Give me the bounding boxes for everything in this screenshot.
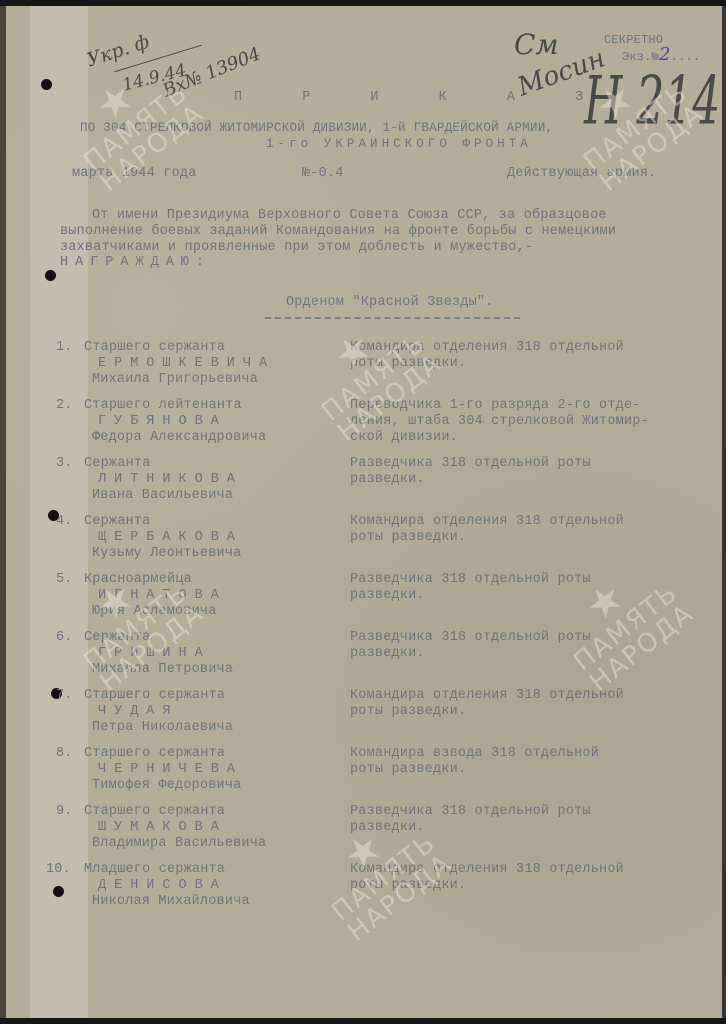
- watermark-line-1: ПАМЯТЬ: [568, 578, 684, 678]
- award-heading: Орденом "Красной Звезды".: [286, 295, 494, 311]
- preamble-line-1: От имени Президиума Верховного Совета Со…: [92, 208, 607, 224]
- awardee-given-name: Петра Николаевича: [92, 720, 233, 736]
- awardee-given-name: Кузьму Леонтьевича: [92, 546, 241, 562]
- awardee-rank: Старшего лейтенанта: [84, 398, 242, 414]
- awardee-number: 2.: [56, 398, 73, 414]
- awardee-position-line-2: разведки.: [350, 820, 425, 836]
- awardee-surname: ДЕНИСОВА: [98, 878, 227, 894]
- punch-hole: [41, 79, 52, 90]
- copy-dots: ....: [671, 50, 701, 64]
- punch-hole: [45, 270, 56, 281]
- awardee-position-line-2: роты разведки.: [350, 704, 466, 720]
- awardee-surname: ИГНАТОВА: [98, 588, 227, 604]
- awardee-position-line-1: Командира отделения 318 отдельной: [350, 340, 624, 356]
- awardee-position-line-2: ления, штаба 304 стрелковой Житомир-: [350, 414, 649, 430]
- awardee-number: 6.: [56, 630, 73, 646]
- order-date: марта 1944 года: [72, 166, 197, 182]
- awardee-rank: Красноармейца: [84, 572, 192, 588]
- awardee-number: 7.: [56, 688, 73, 704]
- awardee-rank: Старшего сержанта: [84, 804, 225, 820]
- classification-label: СЕКРЕТНО: [604, 32, 663, 48]
- awardee-position-line-1: Командира отделения 318 отдельной: [350, 514, 624, 530]
- awardee-rank: Младшего сержанта: [84, 862, 225, 878]
- awardee-position-line-1: Командира взвода 318 отдельной: [350, 746, 599, 762]
- document-page: СЕКРЕТНО Экз.№2.... Укр. ф 14.9.44 Вх№ 1…: [0, 6, 726, 1018]
- document-title: П Р И К А З: [234, 90, 609, 106]
- awardee-position-line-2: разведки.: [350, 646, 425, 662]
- awardee-position-line-2: роты разведки.: [350, 356, 466, 372]
- subtitle-line-2: 1-го УКРАИНСКОГО ФРОНТА: [266, 136, 532, 152]
- awardee-surname: ШУМАКОВА: [98, 820, 227, 836]
- award-word: НАГРАЖДАЮ:: [60, 255, 211, 271]
- punch-hole: [53, 886, 64, 897]
- awardee-position-line-2: разведки.: [350, 588, 425, 604]
- awardee-given-name: Тимофея Федоровича: [92, 778, 241, 794]
- preamble-line-3: захватчиками и проявленные при этом добл…: [60, 240, 533, 256]
- awardee-rank: Сержанта: [84, 630, 150, 646]
- awardee-given-name: Ивана Васильевича: [92, 488, 233, 504]
- awardee-number: 3.: [56, 456, 73, 472]
- watermark-line-2: НАРОДА: [584, 598, 700, 698]
- awardee-position-line-2: роты разведки.: [350, 878, 466, 894]
- awardee-surname: ГУБЯНОВА: [98, 414, 227, 430]
- handwritten-note-front: Укр. ф: [84, 31, 152, 72]
- preamble-line-2: выполнение боевых заданий Командования н…: [60, 224, 616, 240]
- awardee-surname: ЕРМОШКЕВИЧА: [98, 356, 275, 372]
- awardee-rank: Старшего сержанта: [84, 688, 225, 704]
- awardee-position-line-1: Разведчика 318 отдельной роты: [350, 572, 591, 588]
- awardee-rank: Старшего сержанта: [84, 340, 225, 356]
- copy-number: 2: [659, 44, 671, 65]
- page-edge-right: [722, 6, 726, 1018]
- copy-label: Экз.№: [622, 50, 659, 64]
- awardee-number: 10.: [46, 862, 71, 878]
- awardee-surname: ЛИТНИКОВА: [98, 472, 243, 488]
- awardee-rank: Старшего сержанта: [84, 746, 225, 762]
- awardee-position-line-1: Командира отделения 318 отдельной: [350, 862, 624, 878]
- awardee-number: 4.: [56, 514, 73, 530]
- subtitle-line-1: ПО 304 СТРЕЛКОВОЙ ЖИТОМИРСКОЙ ДИВИЗИИ, 1…: [80, 120, 553, 136]
- awardee-position-line-1: Разведчика 318 отдельной роты: [350, 630, 591, 646]
- award-heading-underline: [265, 317, 520, 319]
- awardee-position-line-1: Переводчика 1-го разряда 2-го отде-: [350, 398, 641, 414]
- awardee-number: 5.: [56, 572, 73, 588]
- awardee-surname: ГРИШИНА: [98, 646, 211, 662]
- awardee-surname: ЧУДАЯ: [98, 704, 179, 720]
- awardee-number: 9.: [56, 804, 73, 820]
- awardee-given-name: Николая Михайловича: [92, 894, 250, 910]
- awardee-number: 8.: [56, 746, 73, 762]
- awardee-position-line-2: роты разведки.: [350, 530, 466, 546]
- awardee-position-line-3: ской дивизии.: [350, 430, 458, 446]
- page-edge-left: [0, 6, 6, 1018]
- awardee-surname: ЧЕРНИЧЕВА: [98, 762, 243, 778]
- awardee-number: 1.: [56, 340, 73, 356]
- order-location: Действующая армия.: [507, 166, 656, 182]
- awardee-given-name: Михаила Григорьевича: [92, 372, 258, 388]
- awardee-surname: ЩЕРБАКОВА: [98, 530, 243, 546]
- awardee-given-name: Юрия Асламовича: [92, 604, 217, 620]
- handwritten-signature-top: См: [514, 28, 559, 61]
- watermark: ★ПАМЯТЬНАРОДА: [545, 548, 699, 697]
- awardee-position-line-1: Разведчика 318 отдельной роты: [350, 456, 591, 472]
- awardee-rank: Сержанта: [84, 456, 150, 472]
- awardee-position-line-2: роты разведки.: [350, 762, 466, 778]
- awardee-given-name: Михаила Петровича: [92, 662, 233, 678]
- watermark-line-2: НАРОДА: [94, 98, 210, 198]
- awardee-position-line-2: разведки.: [350, 472, 425, 488]
- awardee-position-line-1: Командира отделения 318 отдельной: [350, 688, 624, 704]
- awardee-given-name: Федора Александровича: [92, 430, 266, 446]
- awardee-given-name: Владимира Васильевича: [92, 836, 266, 852]
- awardee-rank: Сержанта: [84, 514, 150, 530]
- order-number: №-0.4: [302, 166, 344, 182]
- awardee-position-line-1: Разведчика 318 отдельной роты: [350, 804, 591, 820]
